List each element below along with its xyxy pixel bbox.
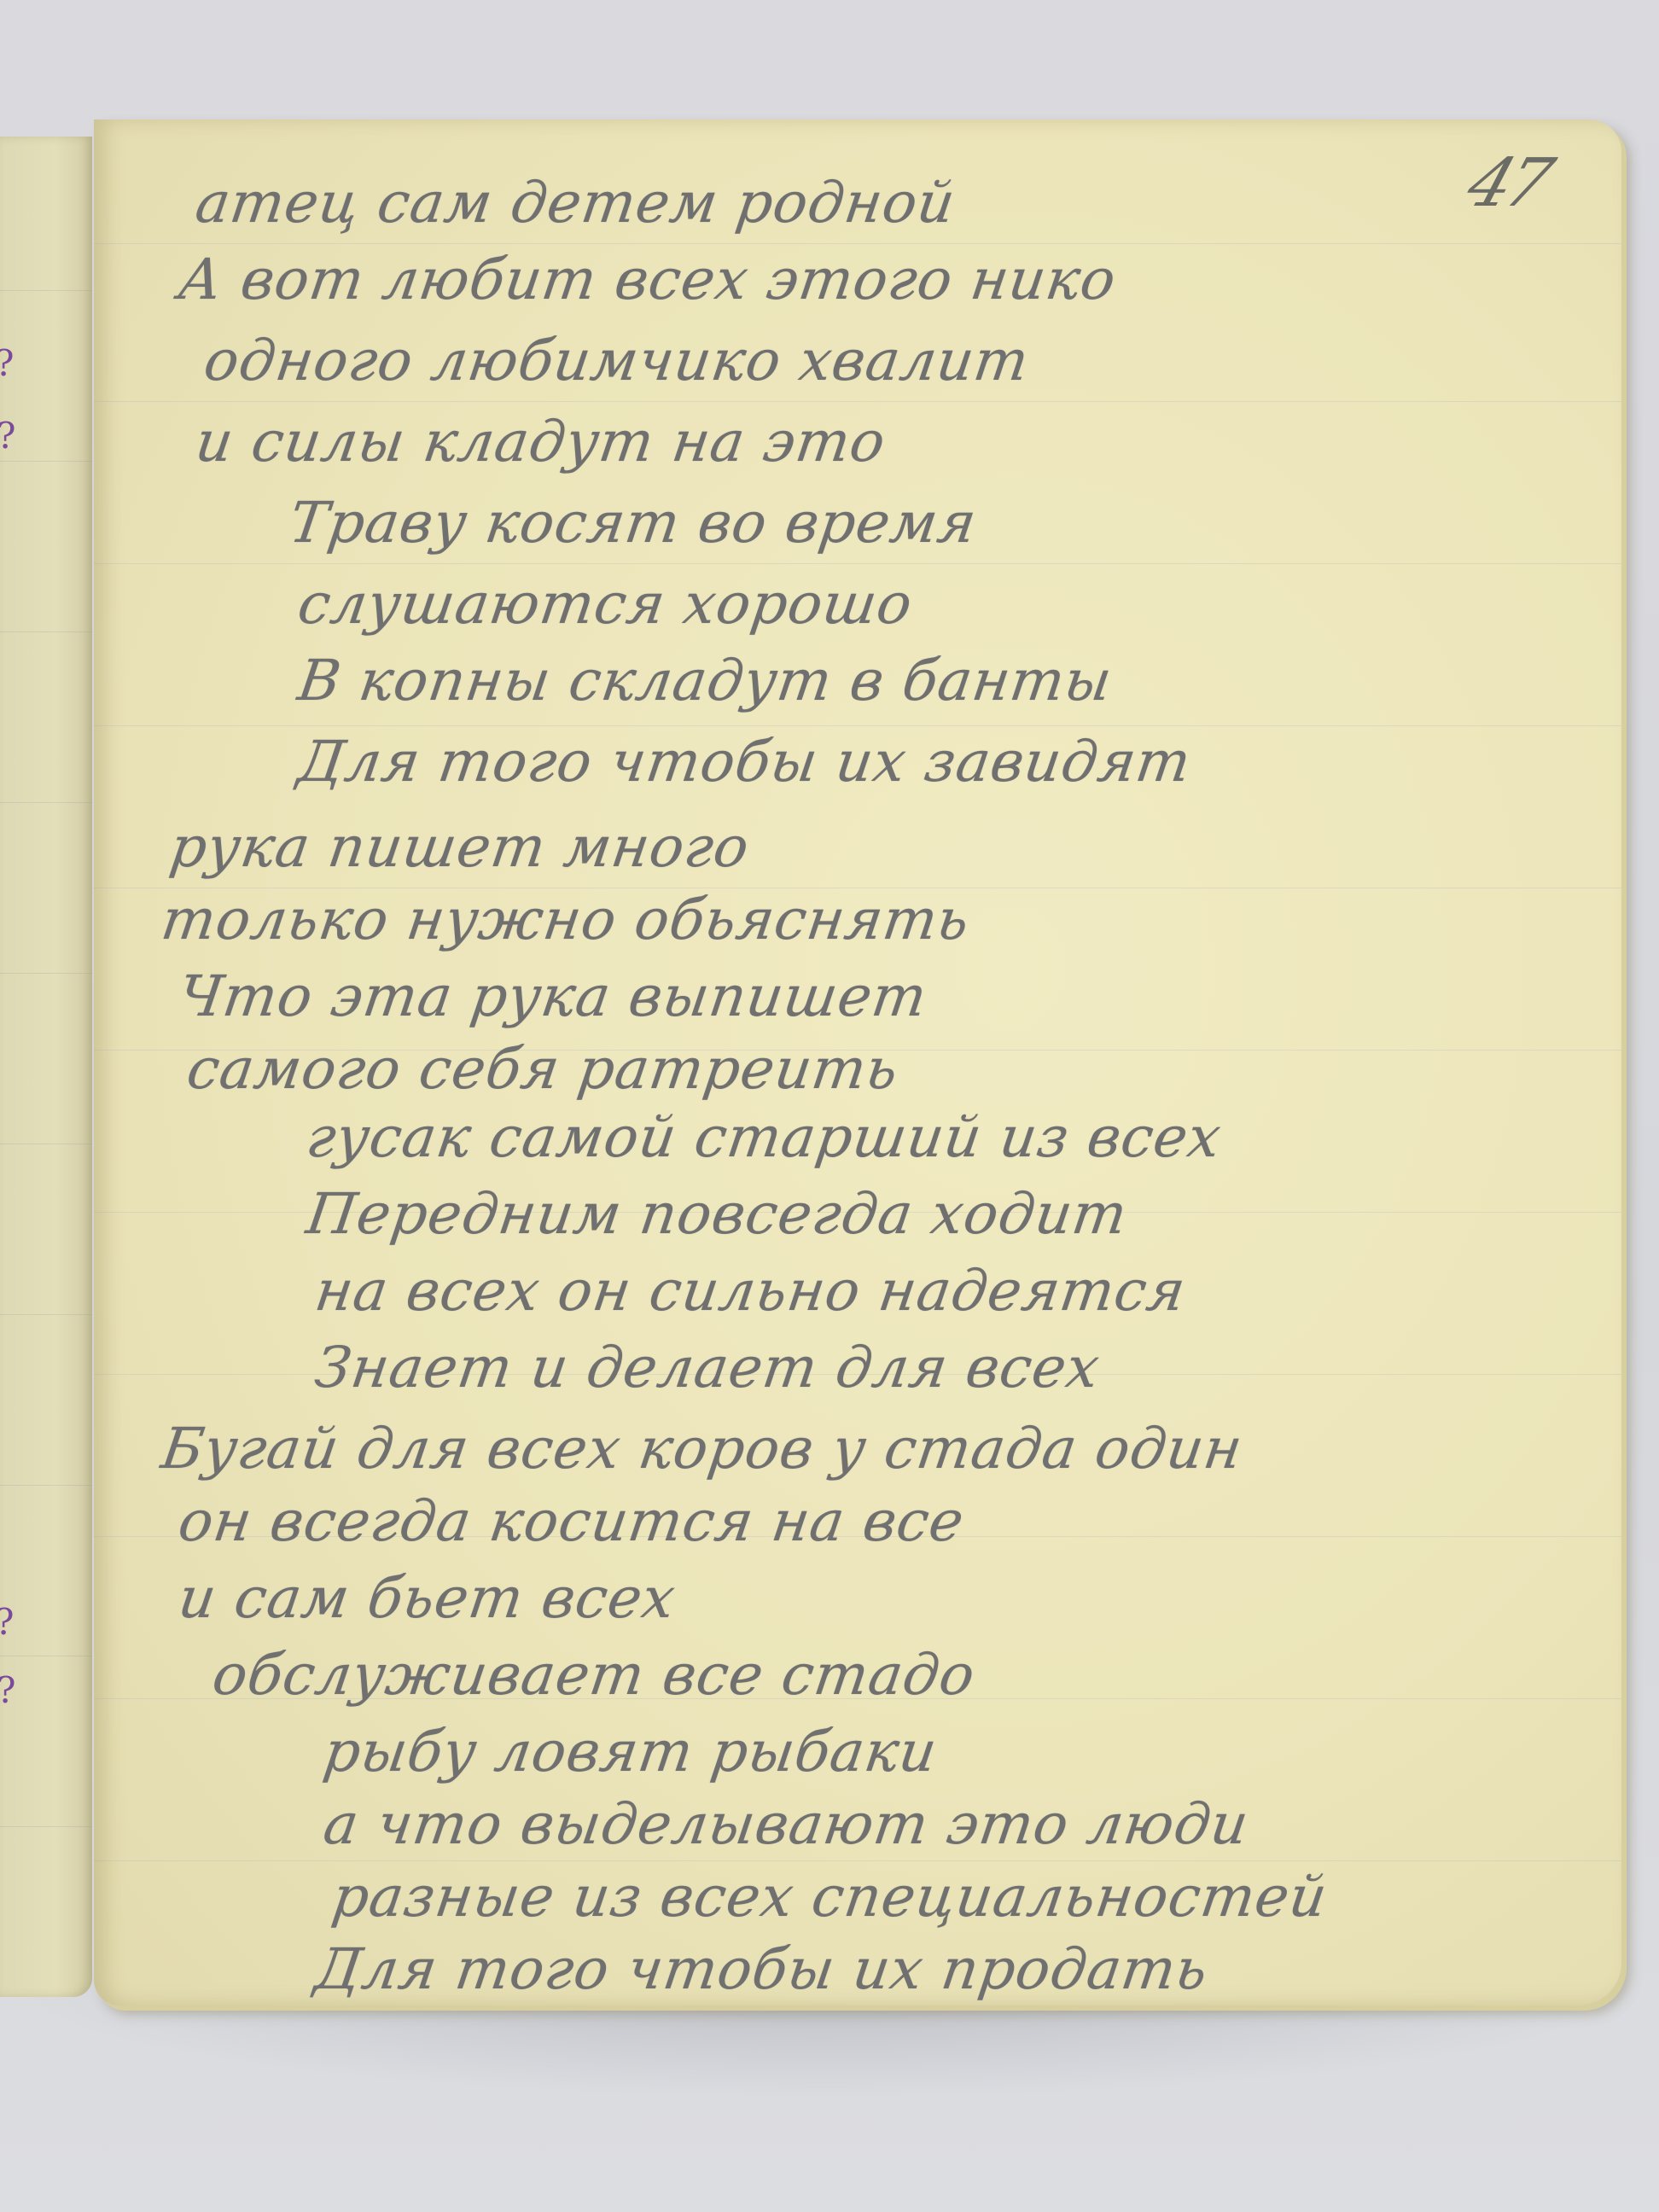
ruling-line (0, 1656, 92, 1656)
text-line: рыбу ловят рыбаки (320, 1724, 940, 1780)
text-line: рука пишет много (166, 819, 753, 876)
purple-ink-mark: , (0, 1314, 3, 1350)
text-line: Для того чтобы их завидят (294, 734, 1195, 790)
text-line: Для того чтобы их продать (311, 1941, 1211, 1998)
text-line: А вот любит всех этого нико (175, 252, 1120, 308)
ruling-line (0, 290, 92, 291)
ruling-line (0, 1826, 92, 1827)
text-line: атец сам детем родной (192, 175, 958, 231)
text-line: и сам бьет всех (175, 1570, 678, 1627)
ruling-line (0, 1144, 92, 1144)
text-line: В копны складут в банты (294, 653, 1115, 709)
text-line: на всех он сильно надеятся (311, 1263, 1189, 1319)
left-page-edge: ? ? , , , ? ? (0, 137, 92, 1997)
notebook-page: 47 атец сам детем родной А вот любит все… (94, 119, 1621, 2005)
ruling-line (0, 632, 92, 632)
ruling-line (0, 973, 92, 974)
text-line: и силы кладут на это (192, 414, 889, 470)
text-line: Траву косят во время (286, 495, 980, 551)
purple-ink-mark: ? (0, 1604, 15, 1640)
handwritten-text: атец сам детем родной А вот любит всех э… (94, 119, 1621, 2005)
text-line: а что выделывают это люди (320, 1796, 1252, 1853)
text-line: слушаются хорошо (294, 576, 916, 632)
purple-ink-mark: , (0, 1058, 3, 1094)
purple-ink-mark: , (0, 1254, 3, 1290)
text-line: только нужно обьяснять (158, 892, 973, 948)
ruling-line (0, 802, 92, 803)
text-line: обслуживает все стадо (209, 1647, 978, 1703)
text-line: разные из всех специальностей (329, 1869, 1330, 1925)
ruling-line (0, 461, 92, 462)
text-line: Бугай для всех коров у стада один (158, 1421, 1246, 1477)
ruling-line (0, 1485, 92, 1486)
purple-ink-mark: ? (0, 346, 15, 381)
ruling-line (0, 1314, 92, 1315)
text-line: он всегда косится на все (175, 1493, 968, 1550)
text-line: Что эта рука выпишет (175, 969, 930, 1025)
purple-ink-mark: ? (0, 1673, 16, 1708)
purple-ink-mark: ? (0, 418, 16, 454)
notebook-scene: ? ? , , , ? ? 47 атец сам детем родной А… (0, 0, 1659, 2212)
text-line: гусак самой старший из всех (303, 1109, 1225, 1166)
text-line: Передним повсегда ходит (303, 1186, 1131, 1243)
text-line: Знает и делает для всех (311, 1340, 1103, 1396)
text-line: самого себя ратреить (183, 1041, 902, 1097)
text-line: одного любимчико хвалит (201, 333, 1033, 389)
